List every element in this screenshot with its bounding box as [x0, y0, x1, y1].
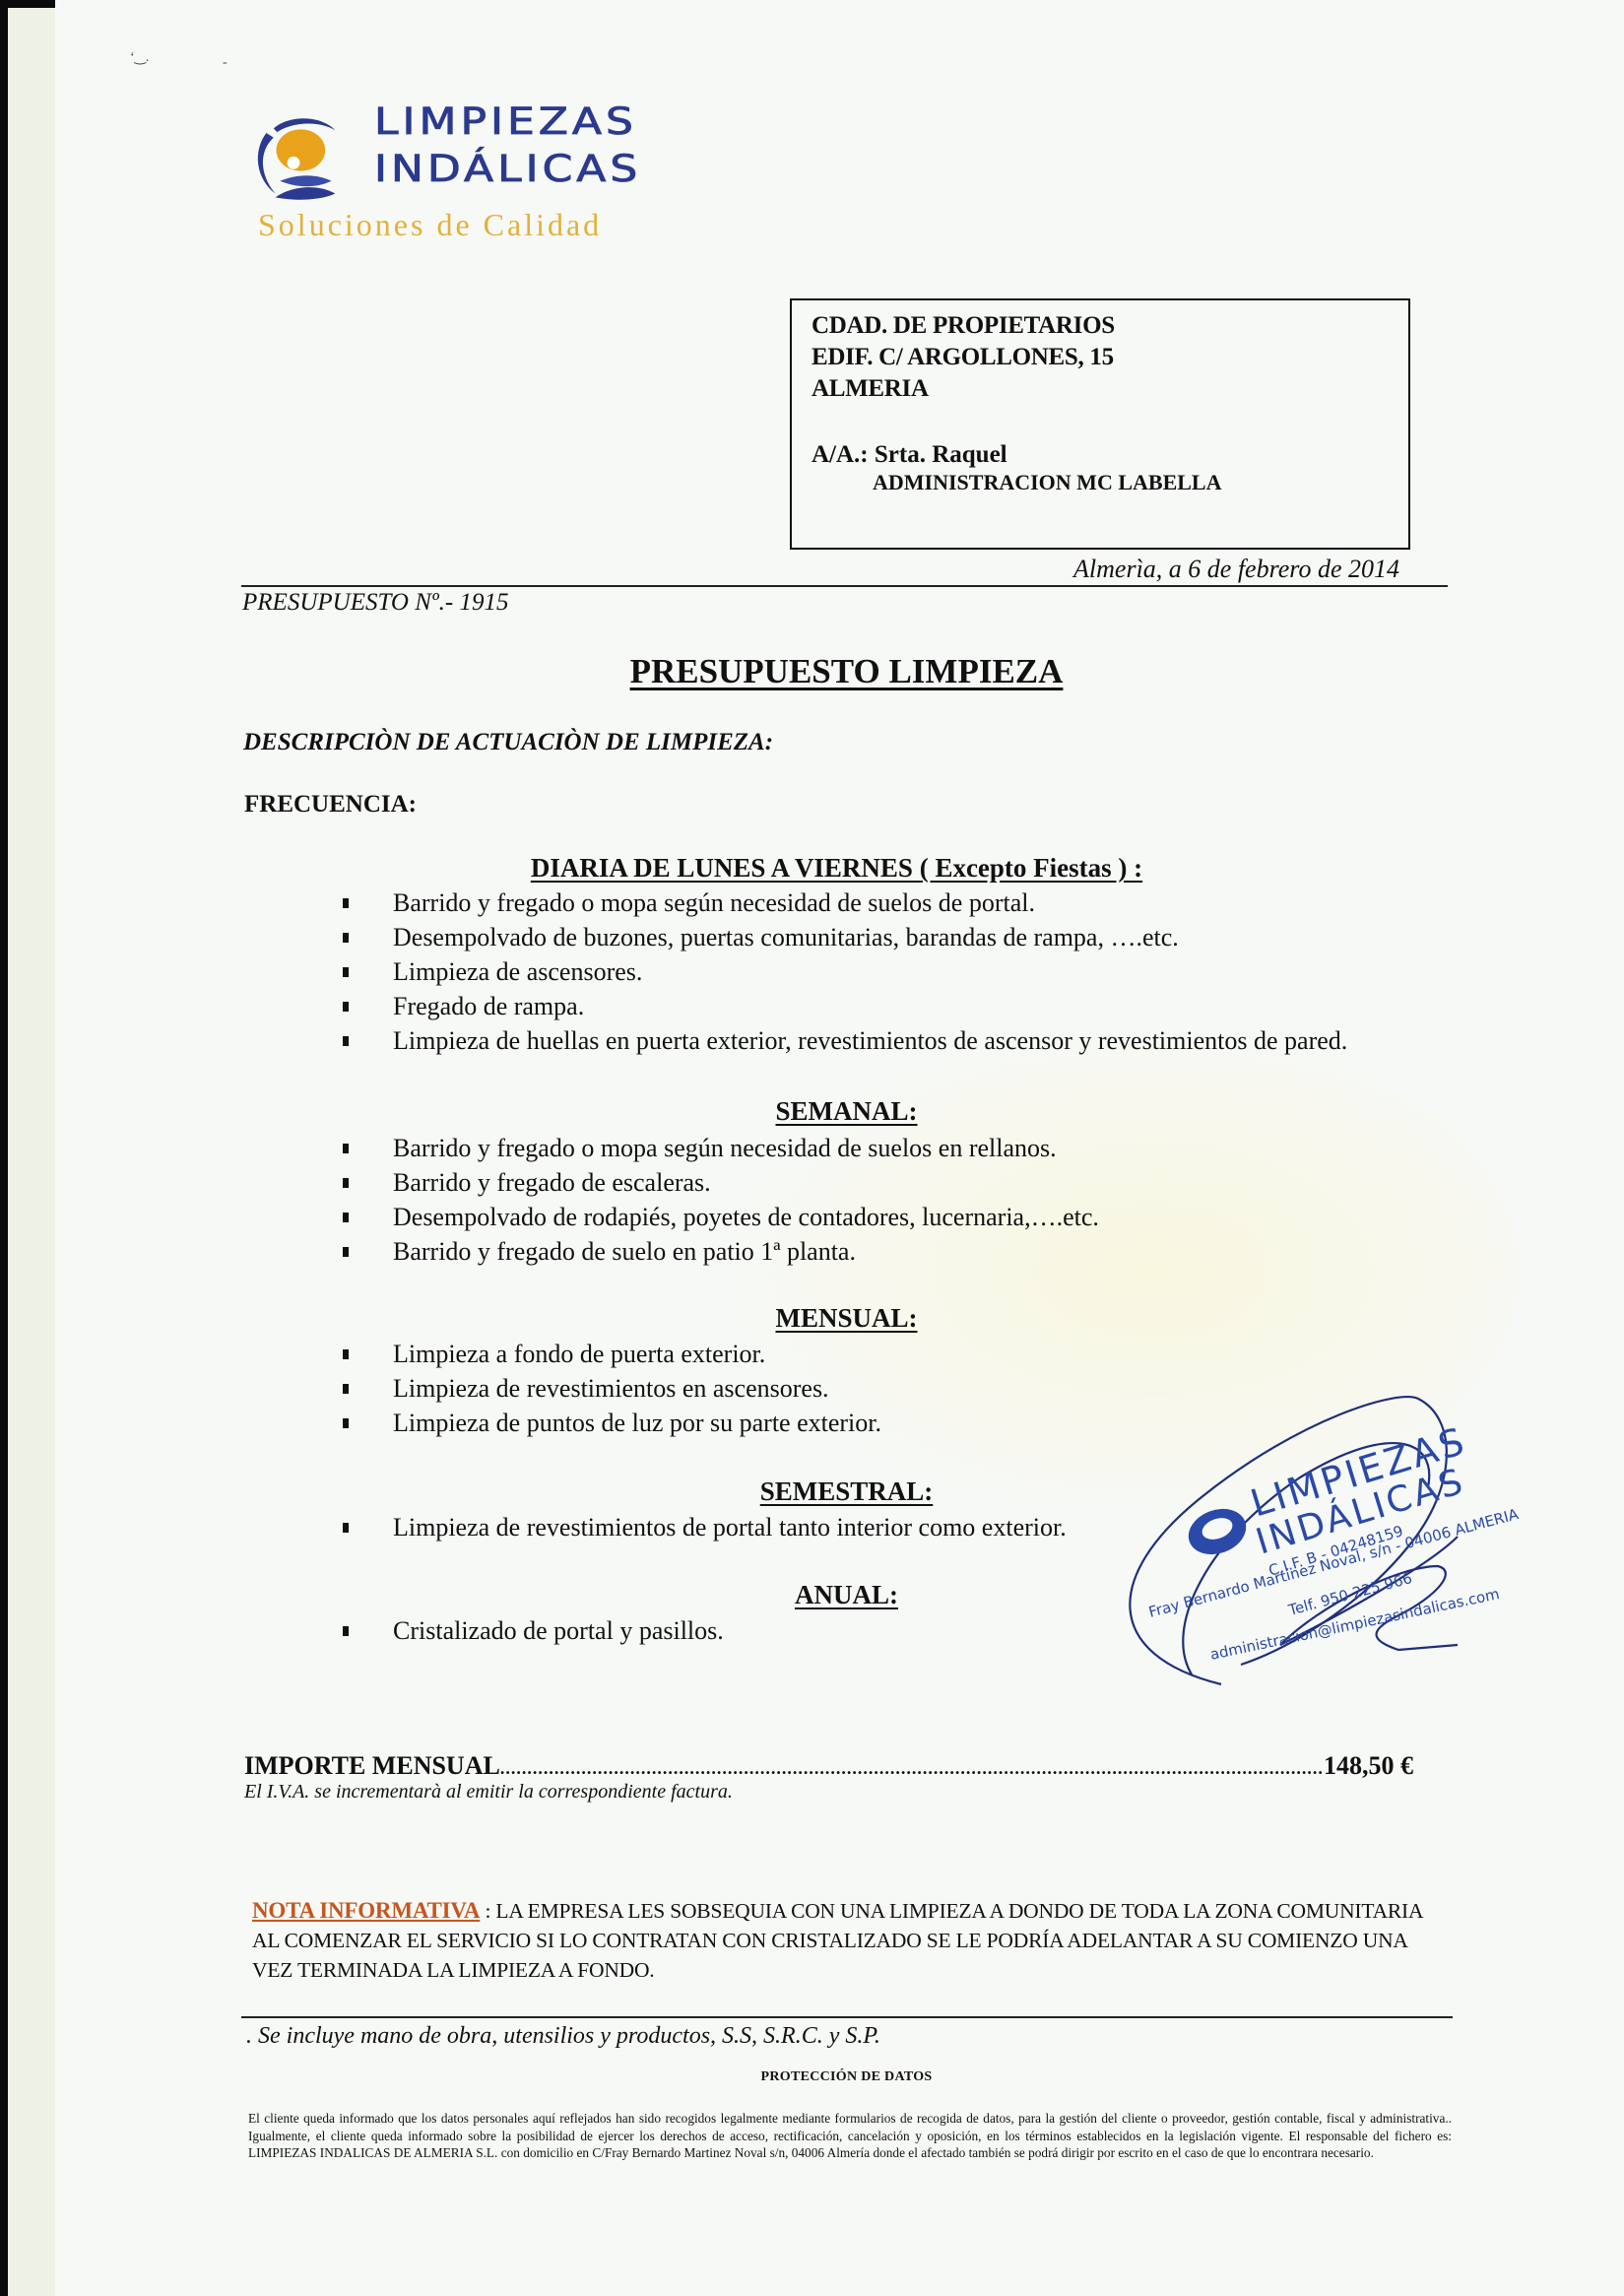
- section-heading-daily: DIARIA DE LUNES A VIERNES ( Excepto Fies…: [0, 853, 1624, 884]
- recipient-attention: A/A.: Srta. Raquel: [812, 441, 1007, 469]
- description-heading: DESCRIPCIÒN DE ACTUACIÒN DE LIMPIEZA:: [243, 729, 773, 756]
- section-heading-text: SEMANAL:: [775, 1096, 917, 1126]
- recipient-line: EDIF. C/ ARGOLLONES, 15: [812, 344, 1114, 371]
- list-item: Limpieza a fondo de puerta exterior.: [345, 1337, 1458, 1371]
- logo-icon: [248, 110, 339, 201]
- list-item: Desempolvado de buzones, puertas comunit…: [345, 920, 1458, 954]
- list-item: Barrido y fregado o mopa según necesidad…: [345, 1131, 1458, 1165]
- list-item: Barrido y fregado o mopa según necesidad…: [345, 886, 1458, 920]
- logo-name-line1: LIMPIEZAS: [374, 100, 637, 143]
- bullet-icon: [343, 1002, 349, 1012]
- vat-note: El I.V.A. se incrementarà al emitir la c…: [244, 1781, 733, 1804]
- logo-tagline: Soluciones de Calidad: [258, 207, 602, 243]
- company-stamp: LIMPIEZAS INDÁLICAS C.I.F. B - 04248159 …: [1044, 1379, 1595, 1694]
- list-item: Barrido y fregado de escaleras.: [345, 1165, 1458, 1200]
- bullet-icon: [343, 1523, 349, 1533]
- scan-mark: -: [223, 55, 227, 71]
- monthly-total-row: IMPORTE MENSUAL 148,50 €: [244, 1751, 1413, 1781]
- list-item-text: Limpieza de ascensores.: [393, 954, 1458, 989]
- scan-edge-strip: [8, 8, 55, 2296]
- list-item: Limpieza de huellas en puerta exterior, …: [345, 1023, 1458, 1058]
- recipient-box: CDAD. DE PROPIETARIOS EDIF. C/ ARGOLLONE…: [790, 298, 1410, 550]
- data-protection-text: El cliente queda informado que los datos…: [248, 2110, 1452, 2162]
- informative-note: NOTA INFORMATIVA : LA EMPRESA LES SOBSEQ…: [252, 1896, 1444, 1985]
- list-item-text: Desempolvado de rodapiés, poyetes de con…: [393, 1200, 1458, 1234]
- bullet-icon: [343, 1626, 349, 1636]
- recipient-line: CDAD. DE PROPIETARIOS: [812, 312, 1115, 340]
- list-daily: Barrido y fregado o mopa según necesidad…: [345, 886, 1458, 1058]
- scan-edge-left: [0, 0, 8, 2296]
- document-title: PRESUPUESTO LIMPIEZA: [0, 652, 1624, 691]
- leader-dots: [500, 1758, 1324, 1779]
- bullet-icon: [343, 898, 349, 908]
- bullet-icon: [343, 1247, 349, 1257]
- includes-note: . Se incluye mano de obra, utensilios y …: [246, 2023, 880, 2050]
- document-title-text: PRESUPUESTO LIMPIEZA: [630, 652, 1064, 690]
- frequency-heading: FRECUENCIA:: [244, 791, 417, 819]
- bullet-icon: [343, 1384, 349, 1394]
- bullet-icon: [343, 933, 349, 943]
- divider: [241, 2016, 1453, 2018]
- bullet-icon: [343, 1178, 349, 1188]
- bullet-icon: [343, 1349, 349, 1359]
- recipient-line: ALMERIA: [812, 375, 929, 403]
- data-protection-title-text: PROTECCIÓN DE DATOS: [761, 2069, 933, 2084]
- list-item: Fregado de rampa.: [345, 989, 1458, 1023]
- list-item-text: Barrido y fregado o mopa según necesidad…: [393, 1131, 1458, 1165]
- document-date: Almerìa, a 6 de febrero de 2014: [1073, 555, 1399, 584]
- list-item-text: Desempolvado de buzones, puertas comunit…: [393, 920, 1458, 954]
- budget-number: PRESUPUESTO Nº.- 1915: [242, 589, 508, 617]
- recipient-administration: ADMINISTRACION MC LABELLA: [873, 470, 1221, 495]
- data-protection-title: PROTECCIÓN DE DATOS: [0, 2069, 1624, 2085]
- list-item-text: Barrido y fregado de escaleras.: [393, 1165, 1458, 1200]
- total-value: 148,50 €: [1324, 1751, 1413, 1781]
- list-item-text: Limpieza de huellas en puerta exterior, …: [393, 1023, 1458, 1058]
- list-item-text: Barrido y fregado de suelo en patio 1ª p…: [393, 1234, 1458, 1269]
- bullet-icon: [343, 967, 349, 977]
- list-item: Desempolvado de rodapiés, poyetes de con…: [345, 1200, 1458, 1234]
- section-heading-monthly: MENSUAL:: [0, 1303, 1624, 1334]
- note-label: NOTA INFORMATIVA: [252, 1898, 480, 1923]
- list-weekly: Barrido y fregado o mopa según necesidad…: [345, 1131, 1458, 1269]
- list-item: Barrido y fregado de suelo en patio 1ª p…: [345, 1234, 1458, 1269]
- scan-edge-top: [0, 0, 55, 8]
- total-label: IMPORTE MENSUAL: [244, 1751, 500, 1781]
- section-heading-text: SEMESTRAL:: [760, 1476, 934, 1506]
- bullet-icon: [343, 1213, 349, 1222]
- company-logo: LIMPIEZAS INDÁLICAS Soluciones de Calida…: [246, 98, 660, 246]
- bullet-icon: [343, 1036, 349, 1046]
- section-heading-text: DIARIA DE LUNES A VIERNES ( Excepto Fies…: [531, 853, 1142, 883]
- logo-name-line2: INDÁLICAS: [374, 148, 641, 190]
- bullet-icon: [343, 1144, 349, 1153]
- list-item-text: Barrido y fregado o mopa según necesidad…: [393, 886, 1458, 920]
- list-item-text: Fregado de rampa.: [393, 989, 1458, 1023]
- list-item: Limpieza de ascensores.: [345, 954, 1458, 989]
- section-heading-text: MENSUAL:: [775, 1303, 917, 1333]
- bullet-icon: [343, 1418, 349, 1428]
- scan-mark: ʻ‿.: [130, 49, 149, 66]
- section-heading-text: ANUAL:: [795, 1580, 898, 1609]
- list-item-text: Limpieza a fondo de puerta exterior.: [393, 1337, 1458, 1371]
- divider: [241, 585, 1448, 587]
- section-heading-weekly: SEMANAL:: [0, 1096, 1624, 1127]
